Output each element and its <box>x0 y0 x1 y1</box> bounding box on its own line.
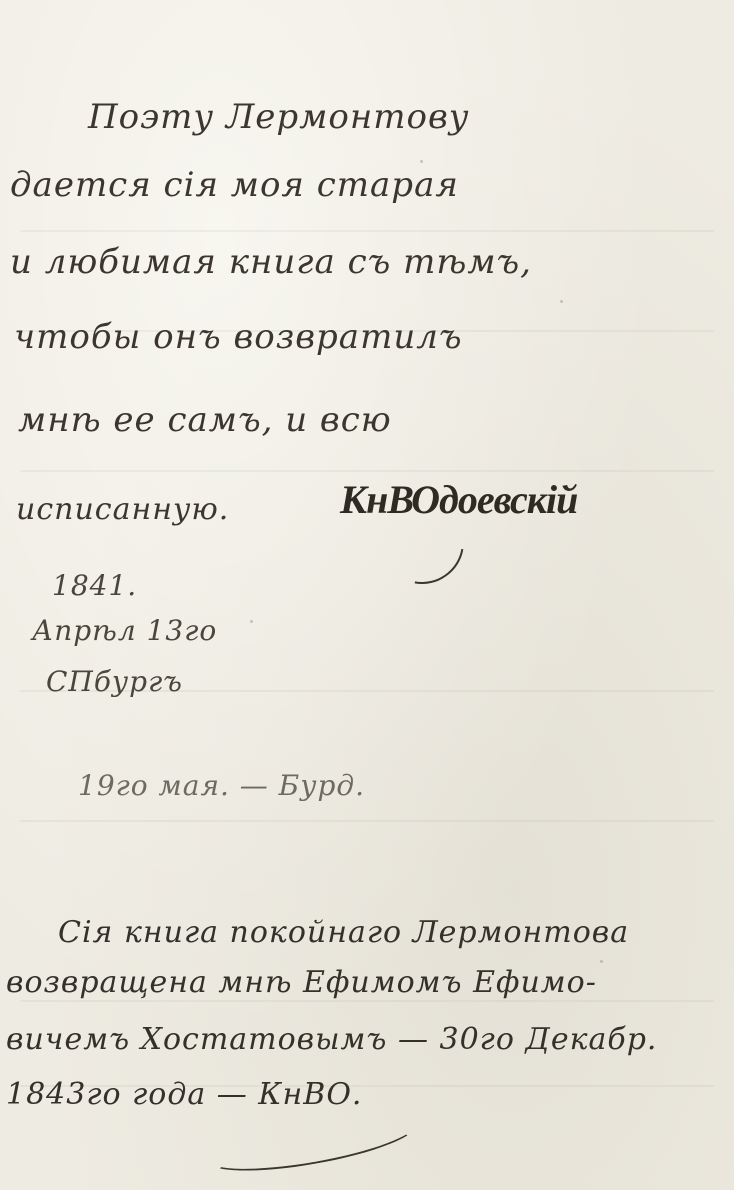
odoevsky-signature: КнВОдоевскій <box>340 480 577 520</box>
pencil-note: 19го мая. — Бурд. <box>78 772 365 800</box>
bleed-through-line <box>20 470 714 472</box>
bleed-through-line <box>20 1000 714 1002</box>
return-note-line-3: вичемъ Хостатовымъ — 30го Декабр. <box>6 1025 657 1055</box>
dedication-line-3: и любимая книга съ тѣмъ, <box>10 245 532 279</box>
paper-speck <box>250 620 253 623</box>
manuscript-page: Поэту Лермонтову дается сія моя старая и… <box>0 0 734 1190</box>
return-note-line-2: возвращена мнѣ Ефимомъ Ефимо- <box>6 968 597 998</box>
dateline-place: СПбургъ <box>46 668 183 696</box>
dedication-line-5: мнѣ ее самъ, и всю <box>18 403 392 437</box>
return-note-line-4: 1843го года — КнВО. <box>6 1080 362 1110</box>
bleed-through-line <box>20 820 714 822</box>
dedication-line-4: чтобы онъ возвратилъ <box>14 320 463 354</box>
paper-speck <box>560 300 563 303</box>
initials-flourish <box>203 1102 421 1182</box>
dedication-line-1: Поэту Лермонтову <box>88 100 469 134</box>
dateline-day: Апрѣл 13го <box>32 617 217 645</box>
dedication-line-2: дается сія моя старая <box>10 168 459 202</box>
bleed-through-line <box>20 230 714 232</box>
paper-speck <box>420 160 423 163</box>
dateline-year: 1841. <box>52 572 137 600</box>
return-note-line-1: Сія книга покойнаго Лермонтова <box>58 918 629 948</box>
dedication-line-6: исписанную. <box>16 495 229 525</box>
paper-speck <box>600 960 603 963</box>
